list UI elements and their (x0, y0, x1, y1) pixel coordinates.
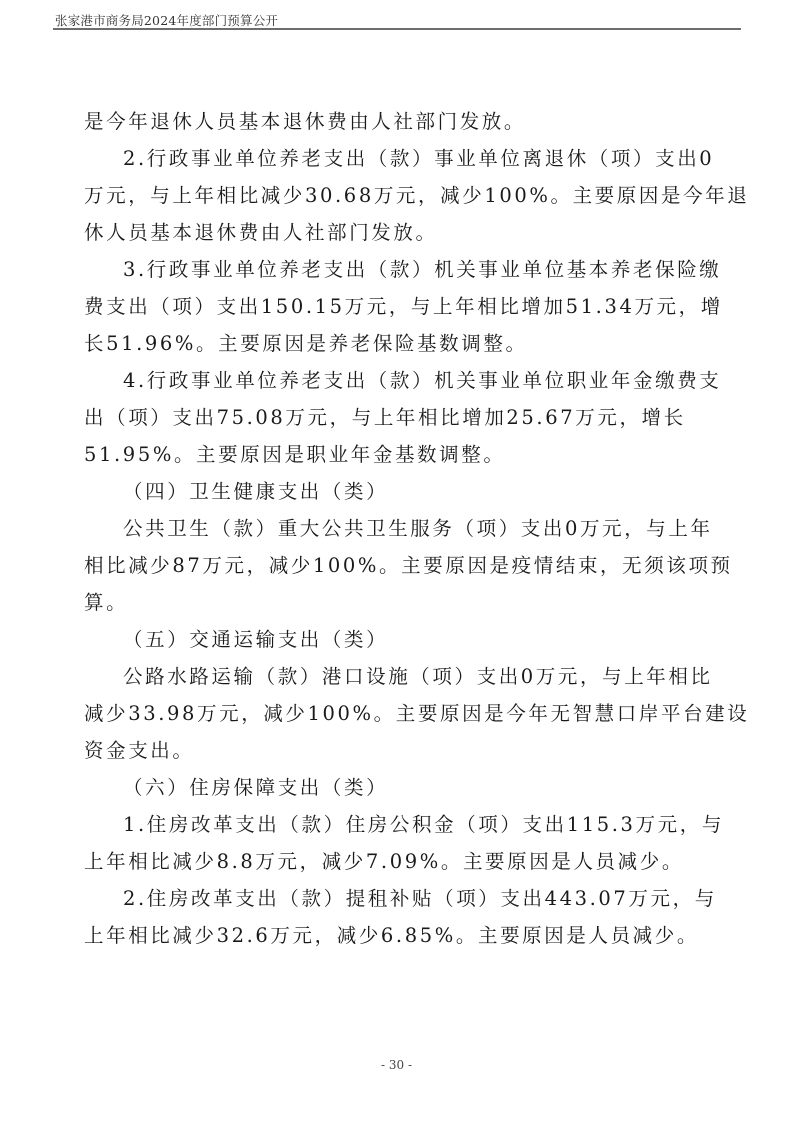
paragraph-line: 相比减少87万元，减少100%。主要原因是疫情结束，无须该项预 (84, 547, 716, 584)
page-header: 张家港市商务局2024年度部门预算公开 (53, 8, 741, 30)
paragraph-line: 3.行政事业单位养老支出（款）机关事业单位基本养老保险缴 (84, 251, 716, 288)
paragraph-line: 出（项）支出75.08万元，与上年相比增加25.67万元，增长 (84, 399, 716, 436)
page-number: - 30 - (0, 1058, 793, 1072)
paragraph-line: 减少33.98万元，减少100%。主要原因是今年无智慧口岸平台建设 (84, 695, 716, 732)
header-title: 张家港市商务局2024年度部门预算公开 (55, 11, 278, 29)
paragraph-line: 2.行政事业单位养老支出（款）事业单位离退休（项）支出0 (84, 140, 716, 177)
section-heading-health: （四）卫生健康支出（类） (84, 473, 716, 510)
paragraph-line: 公共卫生（款）重大公共卫生服务（项）支出0万元，与上年 (84, 510, 716, 547)
paragraph-line: 长51.96%。主要原因是养老保险基数调整。 (84, 325, 716, 362)
paragraph-line: 资金支出。 (84, 732, 716, 769)
document-body: 是今年退休人员基本退休费由人社部门发放。 2.行政事业单位养老支出（款）事业单位… (84, 103, 716, 954)
paragraph-line: 51.95%。主要原因是职业年金基数调整。 (84, 436, 716, 473)
paragraph-line: 4.行政事业单位养老支出（款）机关事业单位职业年金缴费支 (84, 362, 716, 399)
paragraph-line: 万元，与上年相比减少30.68万元，减少100%。主要原因是今年退 (84, 177, 716, 214)
section-heading-housing: （六）住房保障支出（类） (84, 769, 716, 806)
paragraph-line: 费支出（项）支出150.15万元，与上年相比增加51.34万元，增 (84, 288, 716, 325)
paragraph-line: 算。 (84, 584, 716, 621)
paragraph-line: 2.住房改革支出（款）提租补贴（项）支出443.07万元，与 (84, 880, 716, 917)
paragraph-line: 休人员基本退休费由人社部门发放。 (84, 214, 716, 251)
section-heading-transport: （五）交通运输支出（类） (84, 621, 716, 658)
paragraph-line: 1.住房改革支出（款）住房公积金（项）支出115.3万元，与 (84, 806, 716, 843)
paragraph-line: 是今年退休人员基本退休费由人社部门发放。 (84, 103, 716, 140)
paragraph-line: 上年相比减少32.6万元，减少6.85%。主要原因是人员减少。 (84, 917, 716, 954)
paragraph-line: 上年相比减少8.8万元，减少7.09%。主要原因是人员减少。 (84, 843, 716, 880)
paragraph-line: 公路水路运输（款）港口设施（项）支出0万元，与上年相比 (84, 658, 716, 695)
